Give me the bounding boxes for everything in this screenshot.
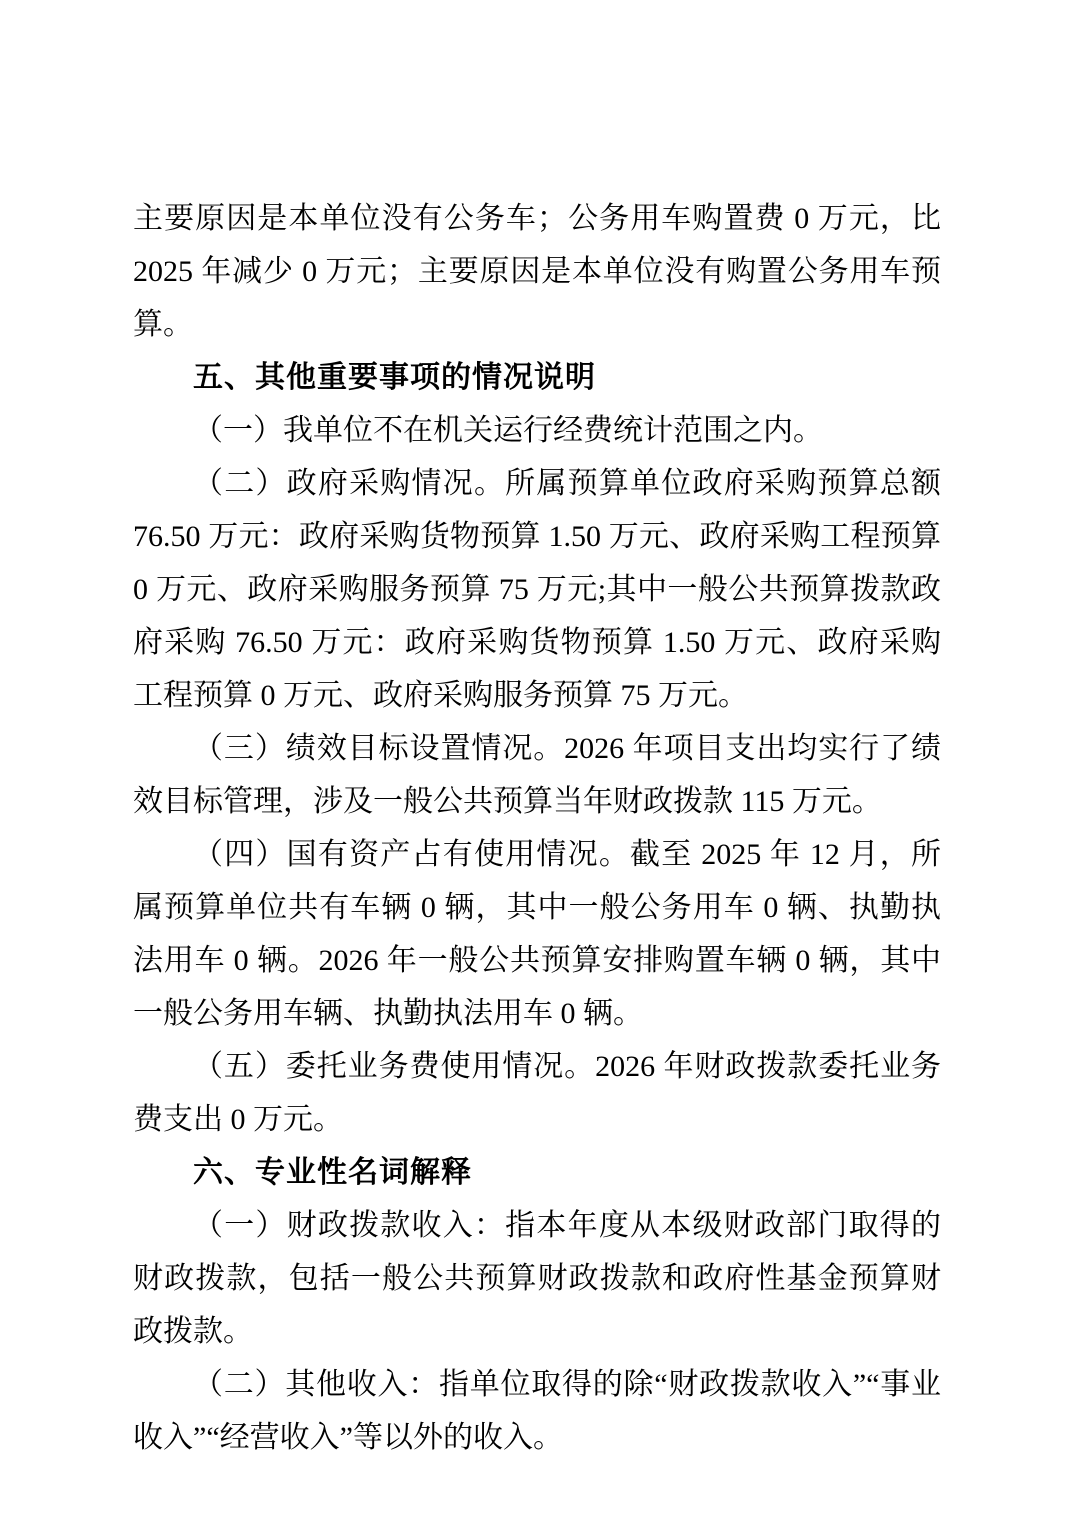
document-page: 主要原因是本单位没有公务车；公务用车购置费 0 万元，比 2025 年减少 0 … [0,0,1074,1520]
paragraph-state-owned-assets: （四）国有资产占有使用情况。截至 2025 年 12 月，所属预算单位共有车辆 … [133,828,941,1040]
paragraph-performance-targets: （三）绩效目标设置情况。2026 年项目支出均实行了绩效目标管理，涉及一般公共预… [133,722,941,828]
section-heading-terminology: 六、专业性名词解释 [133,1146,941,1199]
paragraph-continuation-vehicle-funds: 主要原因是本单位没有公务车；公务用车购置费 0 万元，比 2025 年减少 0 … [133,192,941,351]
paragraph-fiscal-appropriation-income: （一）财政拨款收入：指本年度从本级财政部门取得的财政拨款，包括一般公共预算财政拨… [133,1199,941,1358]
section-heading-other-important-matters: 五、其他重要事项的情况说明 [133,351,941,404]
paragraph-other-income: （二）其他收入：指单位取得的除“财政拨款收入”“事业收入”“经营收入”等以外的收… [133,1358,941,1464]
paragraph-government-procurement: （二）政府采购情况。所属预算单位政府采购预算总额 76.50 万元：政府采购货物… [133,457,941,722]
paragraph-entrusted-business-fees: （五）委托业务费使用情况。2026 年财政拨款委托业务费支出 0 万元。 [133,1040,941,1146]
paragraph-operating-expense-scope: （一）我单位不在机关运行经费统计范围之内。 [133,404,941,457]
document-text-block: 主要原因是本单位没有公务车；公务用车购置费 0 万元，比 2025 年减少 0 … [133,192,941,1464]
